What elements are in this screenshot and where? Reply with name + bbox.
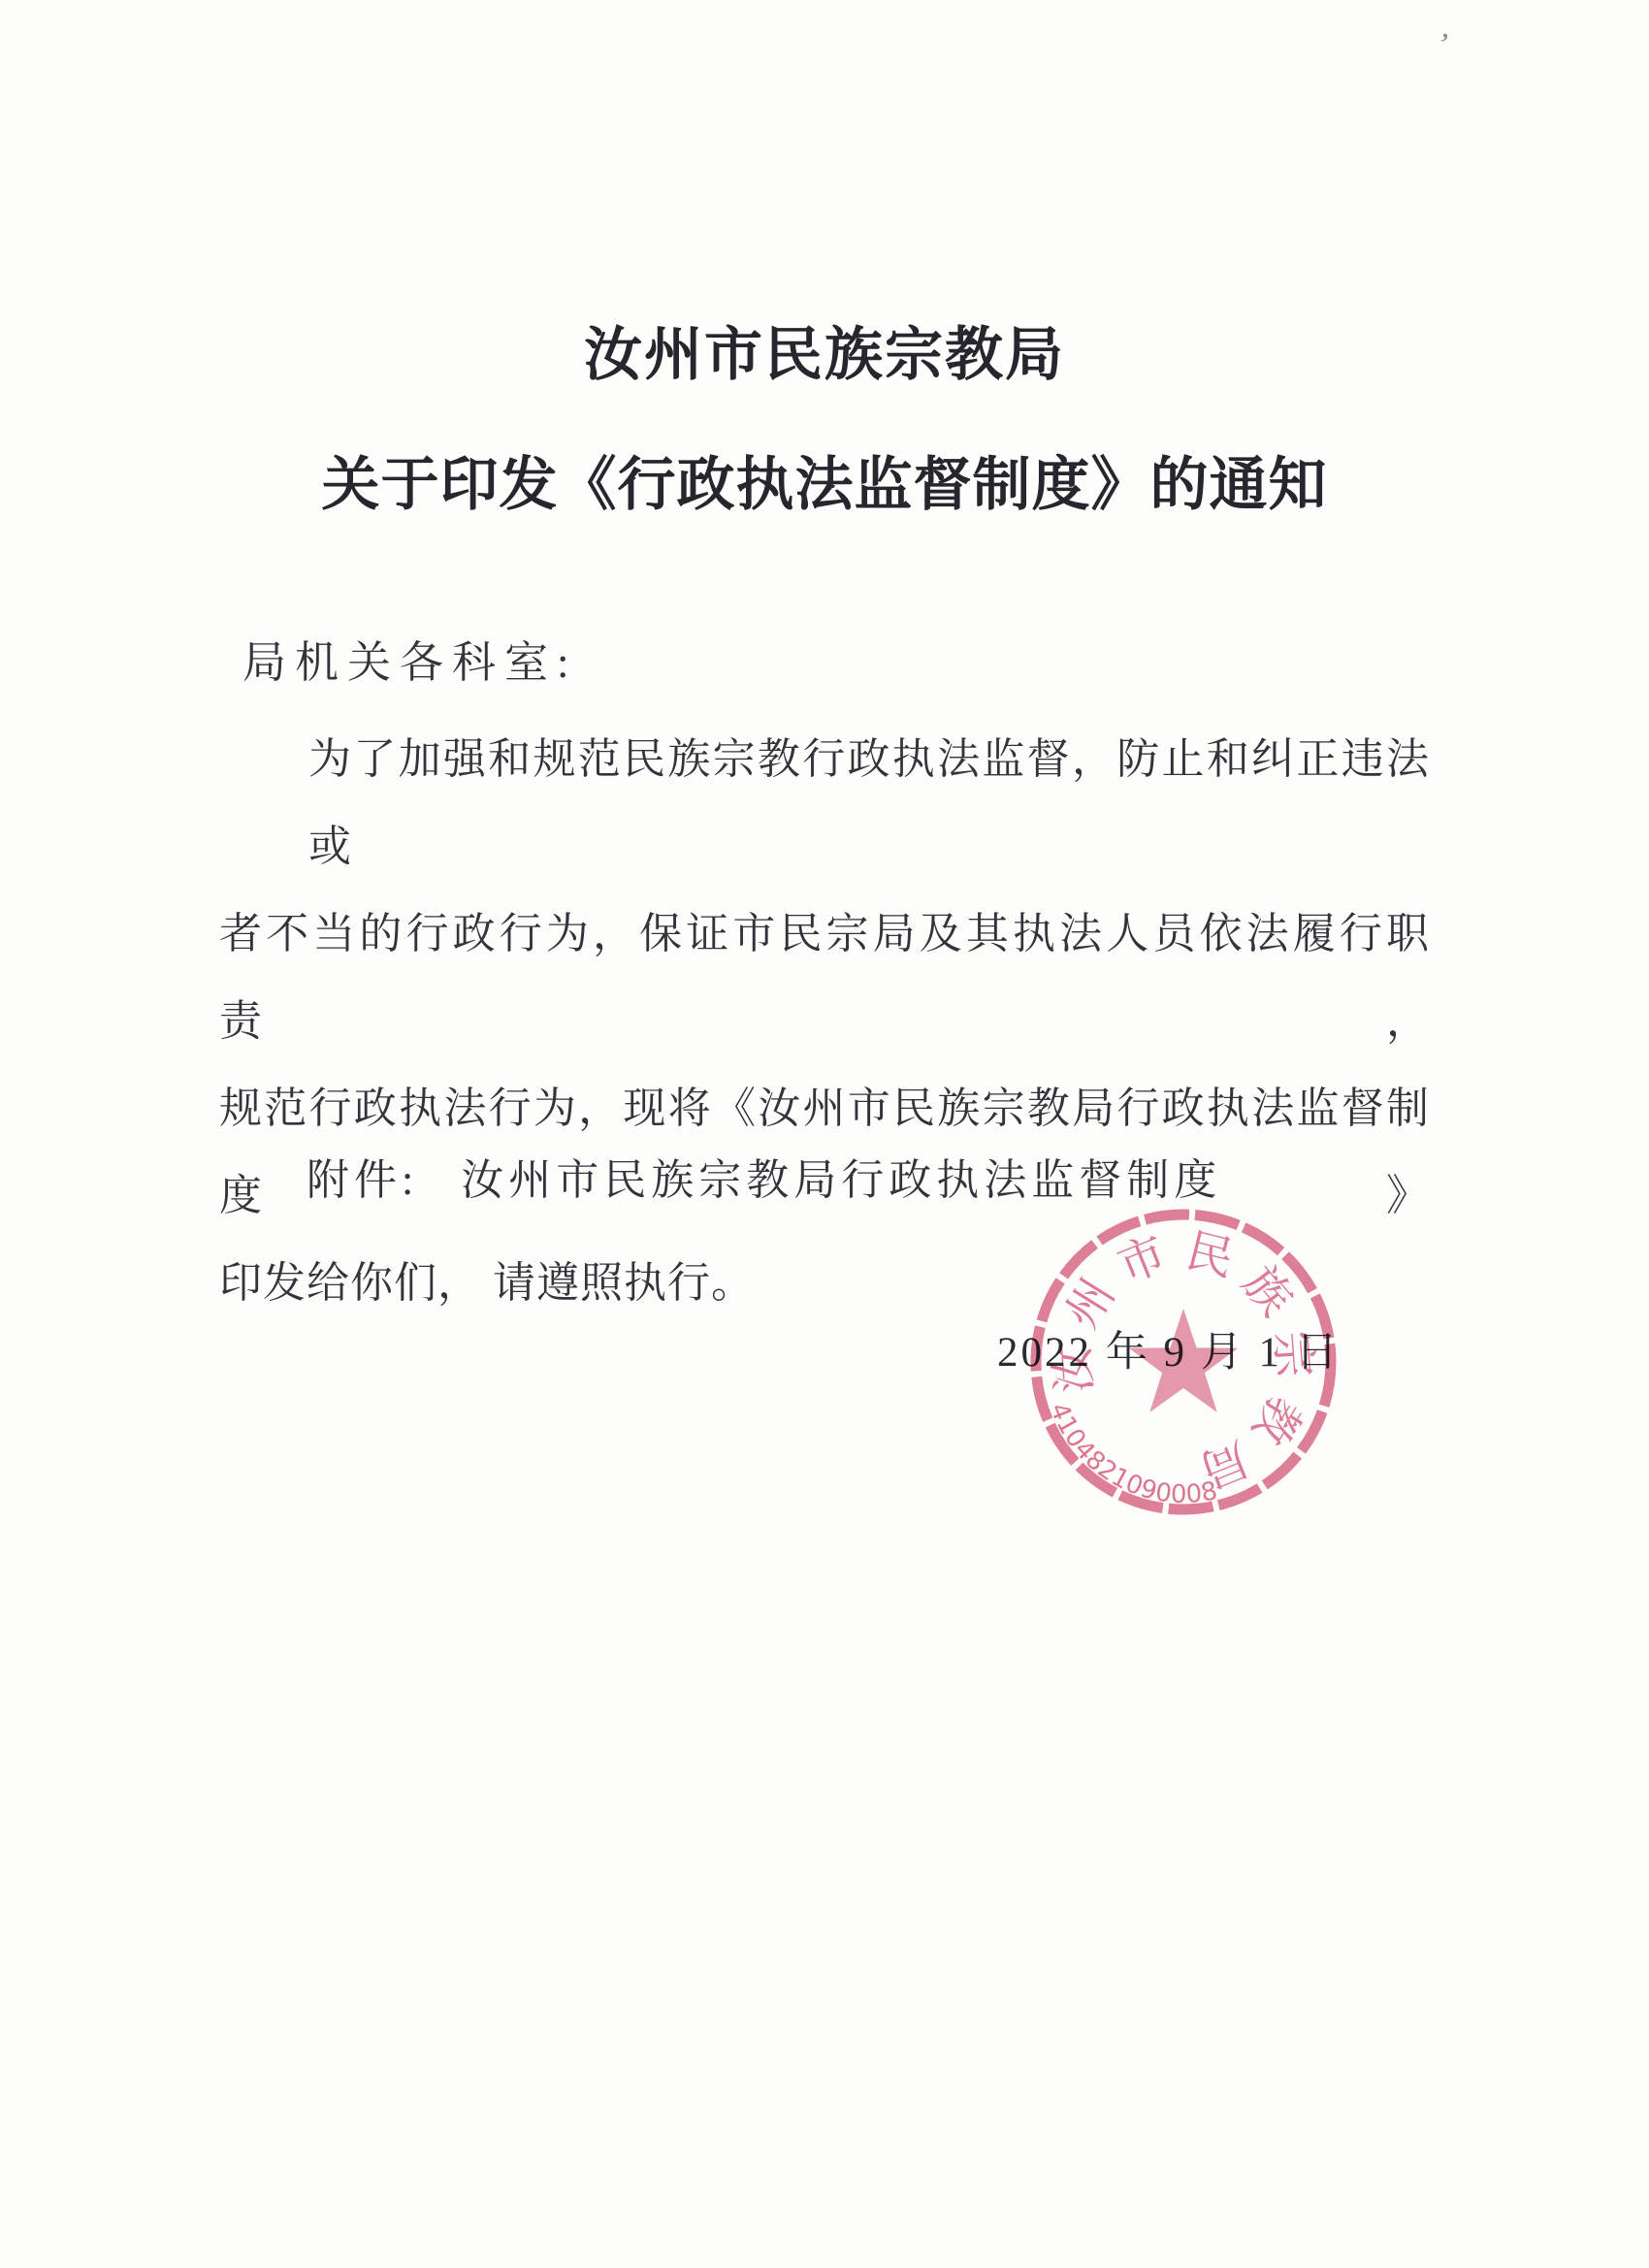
salutation: 局机关各科室:	[242, 627, 578, 690]
svg-text:宗: 宗	[1266, 1329, 1320, 1379]
svg-text:州: 州	[1056, 1271, 1124, 1338]
attachment-line: 附件: 汝州市民族宗教局行政执法监督制度	[307, 1145, 1221, 1207]
attachment-title: 汝州市民族宗教局行政执法监督制度	[461, 1156, 1221, 1204]
document-title-line2: 关于印发《行政执法监督制度》的通知	[0, 438, 1649, 522]
official-seal: 汝州市民族宗教局4104821090008	[1024, 1203, 1342, 1521]
attachment-label: 附件:	[307, 1156, 418, 1204]
body-line: 为了加强和规范民族宗教行政执法监督，防止和纠正违法或	[219, 716, 1430, 891]
scan-artifact: ʼ	[1434, 26, 1452, 65]
svg-text:汝: 汝	[1047, 1345, 1101, 1395]
body-line: 者不当的行政行为，保证市民宗局及其执法人员依法履行职责，	[219, 891, 1430, 1065]
svg-text:市: 市	[1111, 1228, 1173, 1293]
document-page: ʼ 汝州市民族宗教局 关于印发《行政执法监督制度》的通知 局机关各科室: 为了加…	[0, 0, 1649, 2268]
svg-text:民: 民	[1181, 1225, 1239, 1286]
document-title-line1: 汝州市民族宗教局	[0, 308, 1649, 392]
official-seal-graphic: 汝州市民族宗教局4104821090008	[1024, 1203, 1342, 1521]
